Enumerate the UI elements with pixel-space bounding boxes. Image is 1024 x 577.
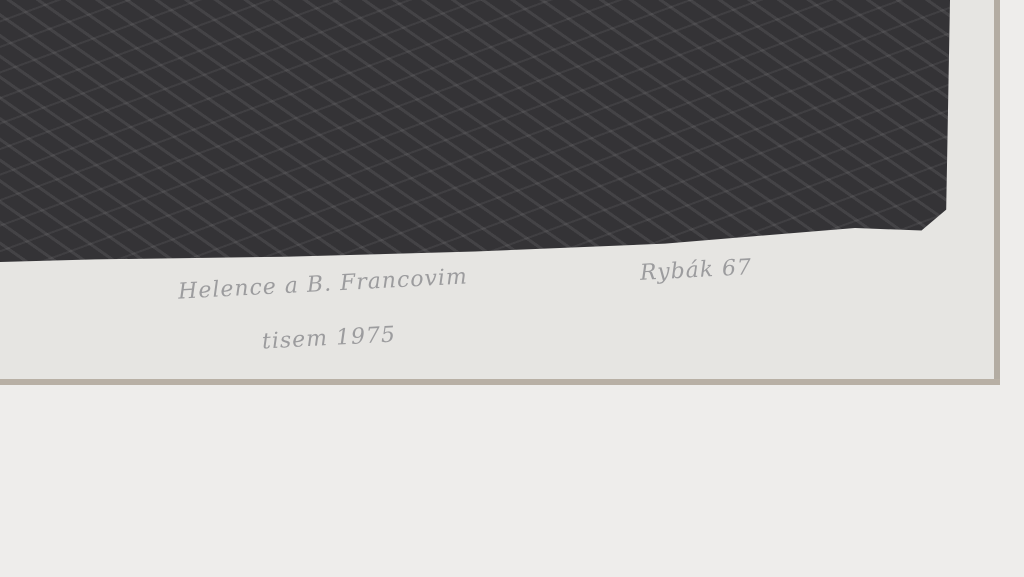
ink-print-area [0,0,950,262]
mat-bevel-bottom [0,379,1000,385]
mat-bevel-right [994,0,1000,384]
